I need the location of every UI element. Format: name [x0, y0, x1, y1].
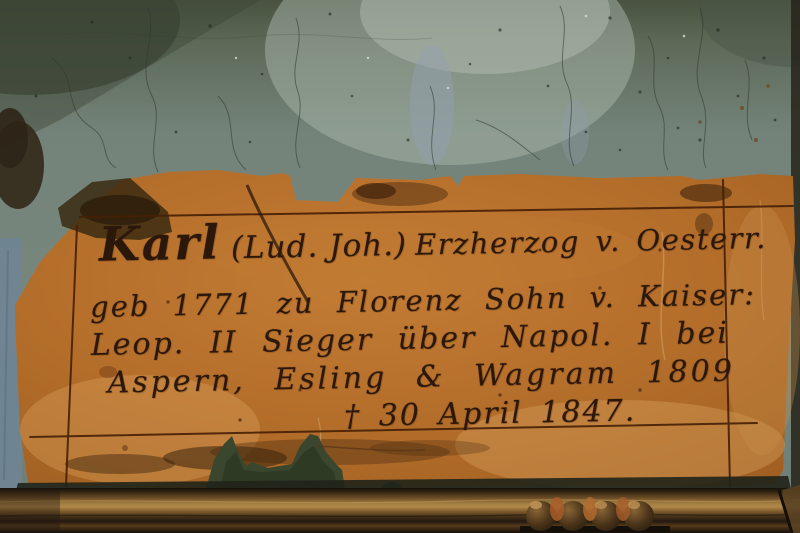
painting-photo: Karl (Lud. Joh.) Erzherzog v. Oesterr. g…: [0, 0, 800, 533]
picture-frame: [0, 485, 800, 533]
painting-graphic: [0, 0, 800, 533]
